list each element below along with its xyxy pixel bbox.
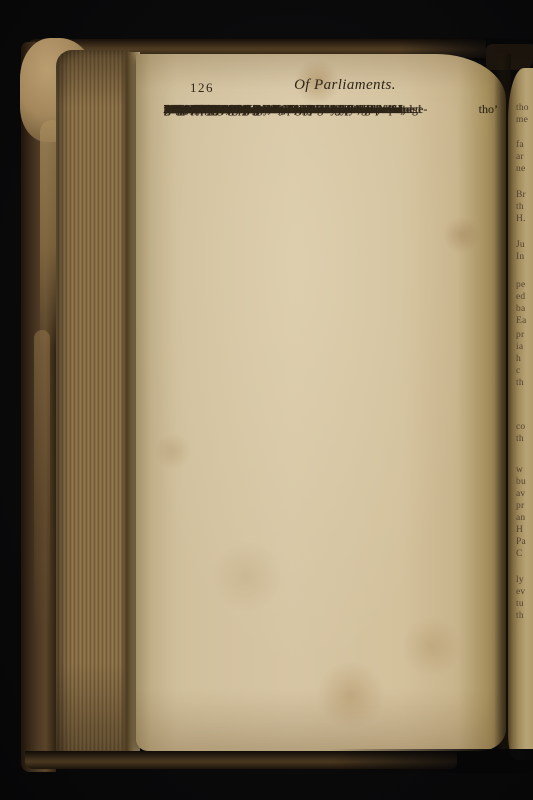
edge-text-fragment: ba xyxy=(516,304,525,315)
edge-text-fragment: fa xyxy=(516,140,524,151)
edge-text-fragment: C xyxy=(516,549,523,560)
edge-text-fragment: av xyxy=(516,489,525,500)
book-bottom-edge-shadow xyxy=(330,749,533,773)
edge-text-fragment: Ju xyxy=(516,240,525,251)
catchword: tho’ xyxy=(164,102,498,117)
edge-text-fragment: h xyxy=(516,354,521,365)
edge-text-fragment: an xyxy=(516,513,525,524)
next-page-edge: thomefaarneBrthH.JuInpeedbaEapriahcthcot… xyxy=(508,68,533,760)
paper-stains xyxy=(136,54,506,751)
edge-text-fragment: ar xyxy=(516,152,524,163)
edge-text-fragment: pr xyxy=(516,330,524,341)
running-head: Of Parliaments. xyxy=(255,77,435,94)
edge-text-fragment: pe xyxy=(516,280,525,291)
edge-text-fragment: me xyxy=(516,115,528,126)
page-header: 126 Of Parliaments. xyxy=(164,78,498,102)
edge-text-fragment: c xyxy=(516,366,520,377)
edge-text-fragment: ev xyxy=(516,587,525,598)
edge-text-fragment: th xyxy=(516,434,524,445)
book-page: 126 Of Parliaments. But ’tis the Intereſ… xyxy=(136,54,506,751)
edge-text-fragment: pr xyxy=(516,501,524,512)
edge-text-fragment: ed xyxy=(516,292,525,303)
edge-text-fragment: H. xyxy=(516,214,526,225)
edge-text-fragment: Pa xyxy=(516,537,526,548)
edge-text-fragment: bu xyxy=(516,477,526,488)
next-page-fragments: thomefaarneBrthH.JuInpeedbaEapriahcthcot… xyxy=(508,68,533,760)
edge-text-fragment: In xyxy=(516,252,524,263)
edge-text-fragment: th xyxy=(516,378,524,389)
edge-text-fragment: ly xyxy=(516,575,524,586)
page-number: 126 xyxy=(190,80,214,96)
text-column: 126 Of Parliaments. But ’tis the Intereſ… xyxy=(164,78,498,117)
edge-text-fragment: ne xyxy=(516,164,525,175)
edge-text-fragment: H xyxy=(516,525,523,536)
edge-text-fragment: Ea xyxy=(516,316,526,327)
edge-text-fragment: w xyxy=(516,465,523,476)
edge-text-fragment: th xyxy=(516,611,524,622)
edge-text-fragment: tho xyxy=(516,103,529,114)
edge-text-fragment: th xyxy=(516,202,524,213)
edge-text-fragment: co xyxy=(516,422,525,433)
cover-wear-streak xyxy=(34,330,50,630)
edge-text-fragment: Br xyxy=(516,190,526,201)
edge-text-fragment: ia xyxy=(516,342,523,353)
photo-background: 126 Of Parliaments. But ’tis the Intereſ… xyxy=(0,0,533,800)
edge-text-fragment: tu xyxy=(516,599,524,610)
